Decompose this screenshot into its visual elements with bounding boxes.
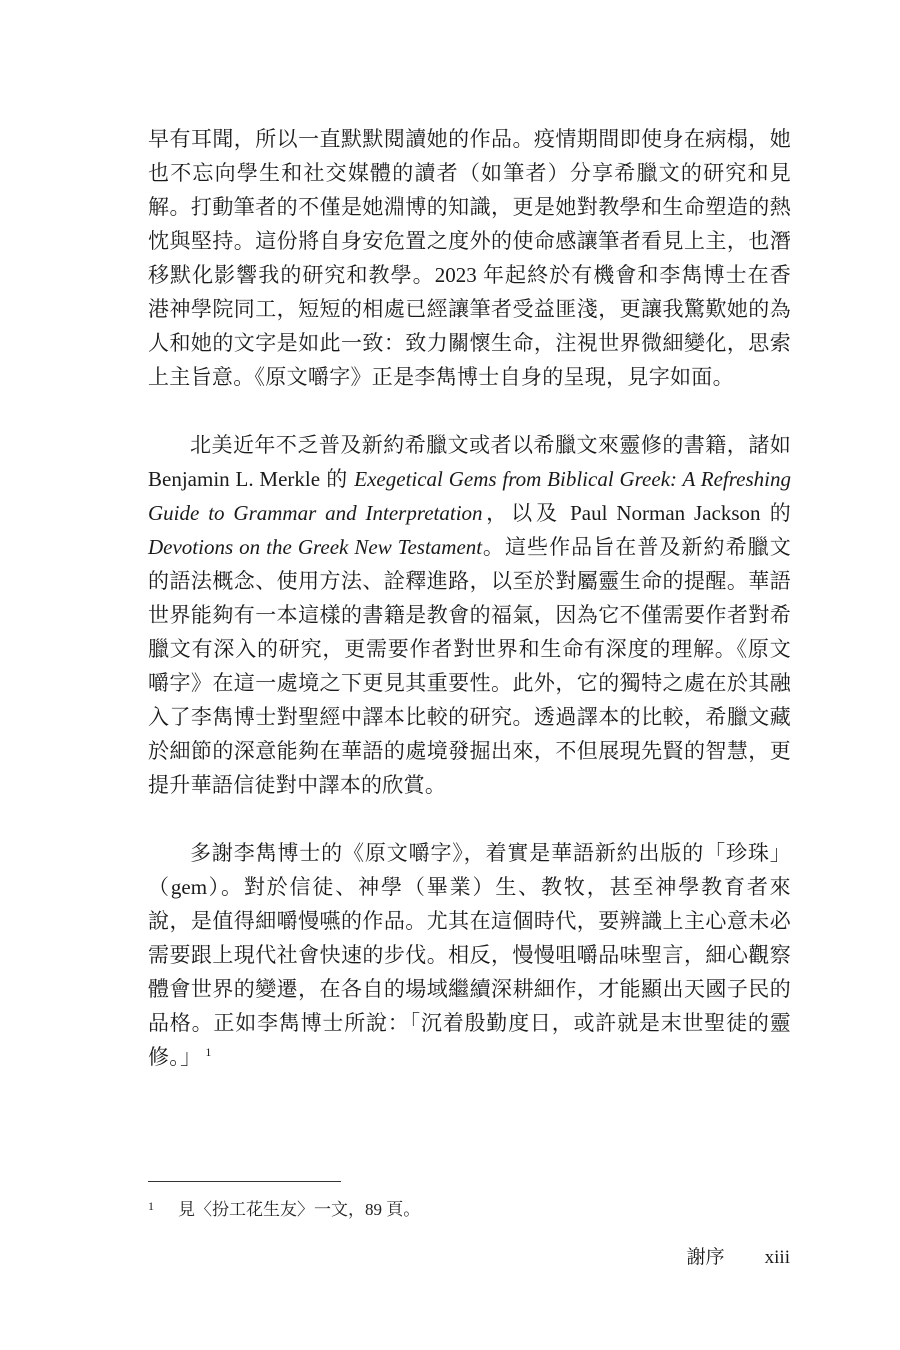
- author-merkle: Benjamin L. Merkle: [148, 467, 320, 491]
- page-body: 早有耳聞，所以一直默默閱讀她的作品。疫情期間即使身在病榻，她也不忘向學生和社交媒…: [148, 122, 791, 1074]
- paragraph-2-text-d: 的: [761, 501, 791, 525]
- footnote: 1見〈扮工花生友〉一文，89 頁。: [148, 1197, 420, 1223]
- paragraph-2-text-e: 。這些作品旨在普及新約希臘文的語法概念、使用方法、詮釋進路，以至於對屬靈生命的提…: [148, 535, 791, 797]
- paragraph-2: 北美近年不乏普及新約希臘文或者以希臘文來靈修的書籍，諸如 Benjamin L.…: [148, 428, 791, 802]
- paragraph-2-text-c: ，以及: [483, 501, 571, 525]
- year-2023: 2023: [435, 263, 477, 287]
- author-jackson: Paul Norman Jackson: [570, 501, 760, 525]
- page-number: xiii: [765, 1247, 790, 1268]
- footnote-text: 見〈扮工花生友〉一文，89 頁。: [178, 1200, 420, 1219]
- word-gem: gem: [171, 875, 207, 899]
- paragraph-3: 多謝李雋博士的《原文嚼字》，着實是華語新約出版的「珍珠」（gem）。對於信徒、神…: [148, 836, 791, 1074]
- paragraph-1: 早有耳聞，所以一直默默閱讀她的作品。疫情期間即使身在病榻，她也不忘向學生和社交媒…: [148, 122, 791, 394]
- paragraph-2-text-b: 的: [320, 467, 354, 491]
- footnote-number: 1: [148, 1197, 178, 1215]
- footnote-divider: [148, 1181, 341, 1182]
- paragraph-2-text-a: 北美近年不乏普及新約希臘文或者以希臘文來靈修的書籍，諸如: [190, 433, 791, 457]
- running-footer: 謝序xiii: [687, 1244, 790, 1272]
- section-title: 謝序: [687, 1247, 725, 1268]
- book-title-devotions: Devotions on the Greek New Testament: [148, 535, 482, 559]
- paragraph-3-text-b: ）。對於信徒、神學（畢業）生、教牧，甚至神學教育者來說，是值得細嚼慢嚥的作品。尤…: [148, 875, 791, 1069]
- footnote-reference[interactable]: 1: [205, 1045, 211, 1059]
